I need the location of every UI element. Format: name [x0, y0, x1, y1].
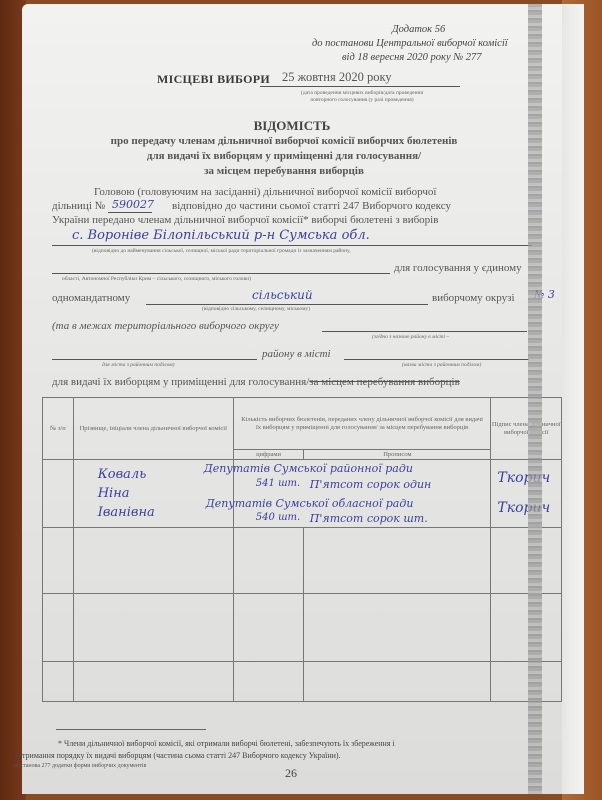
- footnote-line-1: * Члени дільничної виборчої комісії, які…: [58, 739, 395, 748]
- election-date: 25 жовтня 2020 року: [282, 70, 392, 85]
- table-row: Коваль Ніна Іванівна Депутатів Сумської …: [43, 460, 562, 528]
- oblast-caption: області, Автономної Республіки Крим – сі…: [62, 276, 251, 283]
- signature-cell: Ткорич Ткорич: [491, 460, 562, 528]
- territorial-caption: (згідно з назвою району в місті –: [372, 334, 449, 341]
- document-subtitle-2: для видачі їх виборцям у приміщенні для …: [14, 149, 554, 164]
- body-paragraph-5-suffix: виборчому окрузі: [432, 292, 515, 304]
- header-signature: Підпис члена дільничної виборчої комісії: [491, 398, 562, 460]
- election-date-caption: (дата проведення місцевих виборів/дата п…: [262, 90, 462, 104]
- header-name: Прізвище, ініціали члена дільничної вибо…: [73, 398, 233, 460]
- body-paragraph-8: для видачі їх виборцям у приміщенні для …: [52, 376, 460, 388]
- document-subtitle-1: про передачу членам дільничної виборчої …: [14, 134, 554, 149]
- signature-2: Ткорич: [497, 500, 550, 516]
- appendix-label: Додаток 56: [392, 24, 445, 35]
- city-caption-left: для міста з районним поділом): [102, 362, 174, 369]
- document-page: Додаток 56 до постанови Центральної вибо…: [22, 4, 562, 794]
- body-paragraph-3: України передано членам дільничної вибор…: [52, 214, 438, 226]
- council-name-handwritten: с. Вороніве Білопільський р-н Сумська об…: [72, 228, 370, 243]
- document-title: ВІДОМІСТЬ: [22, 118, 562, 134]
- body-paragraph-1: Головою (головуючим на засіданні) дільни…: [94, 186, 436, 198]
- table-row: [43, 528, 562, 594]
- header-words: Прописом: [304, 450, 491, 460]
- footnote-line-2: дотримання порядку їх видачі виборцям (ч…: [14, 751, 341, 760]
- station-number: 590027: [112, 198, 154, 211]
- page-number: 26: [285, 766, 297, 781]
- ballot2-digits: 540 шт.: [256, 512, 300, 523]
- signature-1: Ткорич: [497, 470, 550, 486]
- paper-edge: [562, 4, 584, 794]
- ballot-count-cell: Депутатів Сумської районної ради 541 шт.…: [233, 460, 491, 528]
- issue-location-selected: для видачі їх виборцям у приміщенні для …: [52, 376, 309, 388]
- body-paragraph-4: для голосування у єдиному: [394, 262, 522, 274]
- resolution-date: від 18 вересня 2020 року № 277: [342, 52, 482, 63]
- issue-location-struck: за місцем перебування виборців: [309, 376, 460, 388]
- document-subtitle-3: за місцем перебування виборців: [14, 164, 554, 179]
- city-caption-right: (назва міста з районним поділом): [402, 362, 481, 369]
- council-caption: (відповідно до найменування сільської, с…: [92, 248, 351, 255]
- election-label: МІСЦЕВІ ВИБОРИ: [157, 72, 270, 87]
- resolution-label: до постанови Центральної виборчої комісі…: [312, 38, 508, 49]
- table-row: [43, 594, 562, 662]
- ballot1-words: П'ятсот сорок один: [310, 478, 431, 491]
- header-digits: цифрами: [233, 450, 303, 460]
- ballot-transfer-table: № з/п Прізвище, ініціали члена дільнично…: [42, 397, 562, 702]
- ballot2-words: П'ятсот сорок шт.: [310, 512, 428, 525]
- body-paragraph-6: (та в межах територіального виборчого ок…: [52, 320, 279, 332]
- district-type-caption: (відповідно сільському, селищному, міськ…: [202, 306, 310, 313]
- header-ballot-count: Кількість виборчих бюлетенів, переданих …: [233, 398, 491, 450]
- body-station-prefix: дільниці №: [52, 200, 105, 212]
- ballot1-digits: 541 шт.: [256, 478, 300, 489]
- fold-shadow: [528, 4, 542, 794]
- ballot2-type: Депутатів Сумської обласної ради: [206, 497, 414, 510]
- body-paragraph-7: району в місті: [262, 348, 331, 360]
- row-number: [43, 460, 74, 528]
- source-label: постанова 277 додатки форми виборчих док…: [14, 763, 146, 769]
- table-row: [43, 662, 562, 702]
- header-number: № з/п: [43, 398, 74, 460]
- body-paragraph-5-prefix: одномандатному: [52, 292, 130, 304]
- body-paragraph-2: відповідно до частини сьомої статті 247 …: [172, 200, 451, 212]
- district-type-handwritten: сільський: [252, 288, 313, 302]
- ballot1-type: Депутатів Сумської районної ради: [204, 462, 413, 475]
